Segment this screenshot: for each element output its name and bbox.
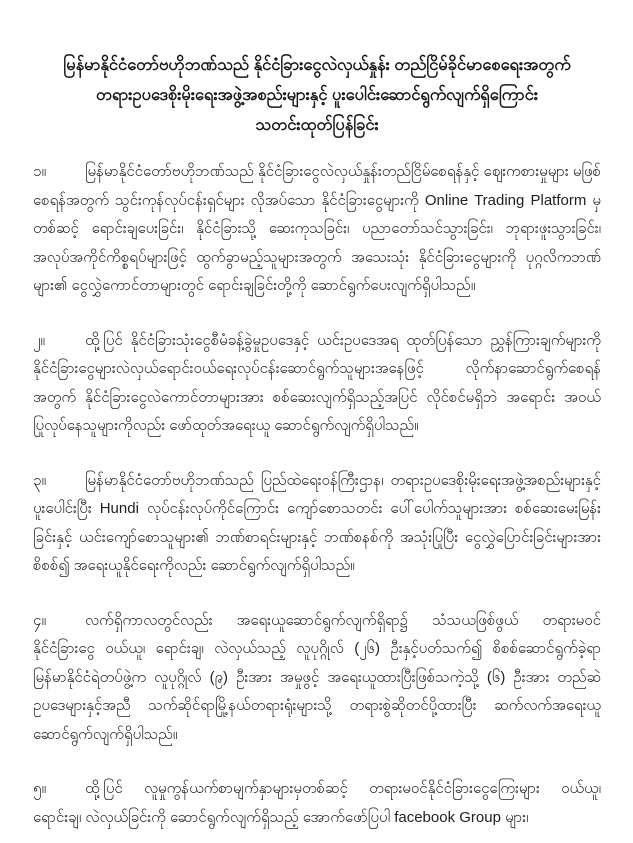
paragraph-2: ၂။ထို့ပြင် နိုင်ငံခြားသုံးငွေစီမံခန့်ခွဲ… bbox=[33, 327, 601, 441]
paragraph-1: ၁။မြန်မာနိုင်ငံတော်ဗဟိုဘဏ်သည် နိုင်ငံခြာ… bbox=[33, 158, 601, 301]
paragraph-4-text: လက်ရှိကာလတွင်လည်း အရေးယူဆောင်ရွက်လျက်ရှိ… bbox=[33, 612, 601, 743]
paragraph-2-text: ထို့ပြင် နိုင်ငံခြားသုံးငွေစီမံခန့်ခွဲမှ… bbox=[33, 332, 601, 435]
document-page: မြန်မာနိုင်ငံတော်ဗဟိုဘဏ်သည် နိုင်ငံခြားင… bbox=[0, 0, 633, 843]
document-body: ၁။မြန်မာနိုင်ငံတော်ဗဟိုဘဏ်သည် နိုင်ငံခြာ… bbox=[33, 158, 601, 832]
paragraph-3-text: မြန်မာနိုင်ငံတော်ဗဟိုဘဏ်သည် ပြည်ထဲရေးဝန်… bbox=[33, 472, 601, 575]
title-line-1: မြန်မာနိုင်ငံတော်ဗဟိုဘဏ်သည် နိုင်ငံခြားင… bbox=[33, 50, 601, 80]
paragraph-5-text: ထို့ပြင် လူမှုကွန်ယက်စာမျက်နှာများမှတစ်ဆ… bbox=[33, 780, 601, 826]
paragraph-5-number: ၅။ bbox=[33, 775, 85, 804]
paragraph-5: ၅။ထို့ပြင် လူမှုကွန်ယက်စာမျက်နှာများမှတစ… bbox=[33, 775, 601, 832]
paragraph-3: ၃။မြန်မာနိုင်ငံတော်ဗဟိုဘဏ်သည် ပြည်ထဲရေးဝ… bbox=[33, 467, 601, 581]
paragraph-1-text: မြန်မာနိုင်ငံတော်ဗဟိုဘဏ်သည် နိုင်ငံခြားင… bbox=[33, 163, 601, 294]
paragraph-4-number: ၄။ bbox=[33, 607, 85, 636]
document-title: မြန်မာနိုင်ငံတော်ဗဟိုဘဏ်သည် နိုင်ငံခြားင… bbox=[33, 50, 601, 140]
title-line-2: တရားဥပဒေစိုးမိုးရေးအဖွဲ့အစည်းများနှင့် ပ… bbox=[33, 80, 601, 110]
paragraph-1-number: ၁။ bbox=[33, 158, 85, 187]
paragraph-4: ၄။လက်ရှိကာလတွင်လည်း အရေးယူဆောင်ရွက်လျက်ရ… bbox=[33, 607, 601, 750]
paragraph-3-number: ၃။ bbox=[33, 467, 85, 496]
title-line-3: သတင်းထုတ်ပြန်ခြင်း bbox=[33, 110, 601, 140]
paragraph-2-number: ၂။ bbox=[33, 327, 85, 356]
